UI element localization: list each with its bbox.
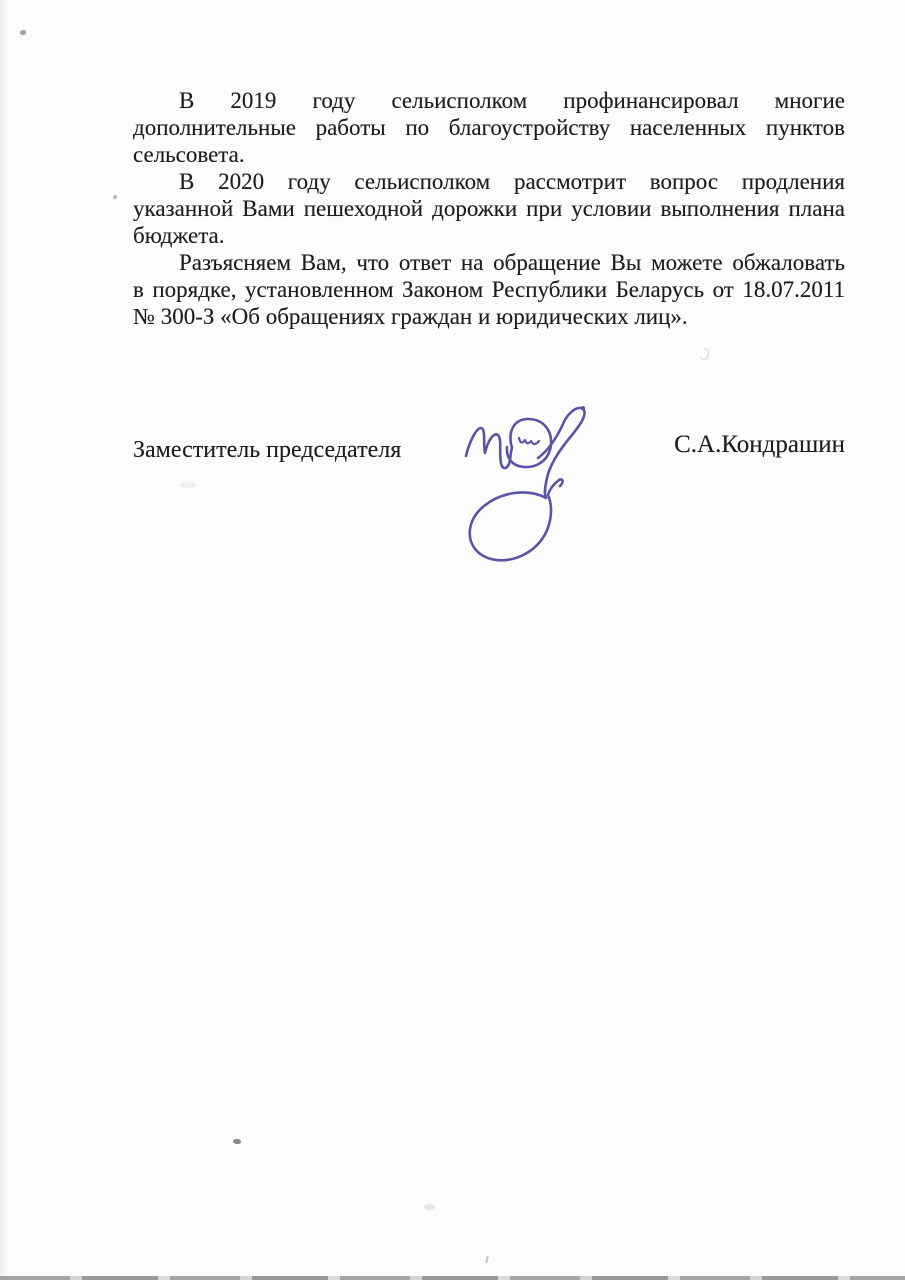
letter-line: № 300-З «Об обращениях граждан и юридиче… bbox=[133, 303, 845, 330]
scan-left-edge-shadow bbox=[0, 0, 9, 1280]
position-title: Заместитель председателя bbox=[133, 437, 401, 464]
letter-line: В 2019 году сельисполком профинансировал… bbox=[133, 87, 845, 114]
scan-artifact-speck bbox=[485, 1256, 489, 1263]
signature-stroke-small-letters bbox=[519, 438, 539, 444]
handwritten-signature-icon bbox=[450, 392, 600, 582]
signer-name: С.А.Кондрашин bbox=[674, 431, 845, 458]
letter-line: сельсовета. bbox=[133, 141, 845, 168]
letter-line: В 2020 году сельисполком рассмотрит вопр… bbox=[133, 168, 845, 195]
scan-artifact-speck bbox=[233, 1139, 241, 1144]
scan-artifact-speck bbox=[698, 347, 710, 361]
signature-ink-dot bbox=[581, 406, 585, 410]
paragraph-appeal-rights: Разъясняем Вам, что ответ на обращение В… bbox=[133, 249, 845, 330]
scan-artifact-speck bbox=[180, 482, 196, 488]
letter-line: указанной Вами пешеходной дорожки при ус… bbox=[133, 195, 845, 222]
signature-stroke-flourish bbox=[470, 408, 585, 560]
scan-artifact-speck bbox=[424, 1204, 435, 1210]
scan-artifact-speck bbox=[20, 30, 26, 35]
paragraph-2020: В 2020 году сельисполком рассмотрит вопр… bbox=[133, 168, 845, 249]
letter-body: В 2019 году сельисполком профинансировал… bbox=[133, 87, 845, 330]
scan-bottom-edge-shadow bbox=[0, 1276, 905, 1280]
paragraph-2019: В 2019 году сельисполком профинансировал… bbox=[133, 87, 845, 168]
letter-line: в порядке, установленном Законом Республ… bbox=[133, 276, 845, 303]
letter-line: бюджета. bbox=[133, 222, 845, 249]
letter-line: Разъясняем Вам, что ответ на обращение В… bbox=[133, 249, 845, 276]
letter-line: дополнительные работы по благоустройству… bbox=[133, 114, 845, 141]
scan-artifact-speck bbox=[113, 195, 117, 199]
signature-stroke-initials bbox=[466, 419, 551, 468]
